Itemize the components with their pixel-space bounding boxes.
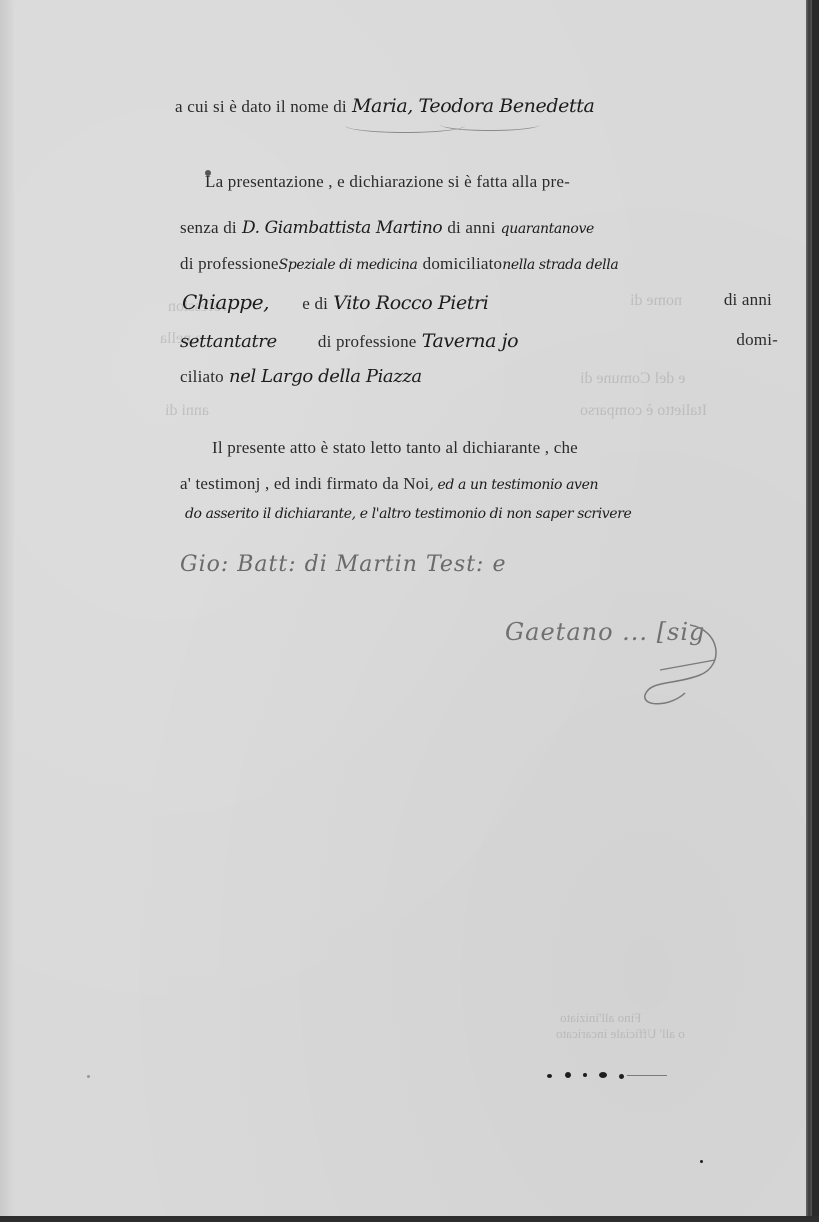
witness1-profession: Speziale di medicina [279, 257, 418, 273]
name-line-printed: a cui si è dato il nome di [175, 97, 347, 116]
reading-note: , ed a un testimonio aven [429, 477, 598, 493]
name-underline-flourish [440, 118, 540, 131]
ink-speck [700, 1160, 703, 1163]
reading-line-3: do asserito il dichiarante, e l'altro te… [185, 504, 631, 522]
document-page: nome di rofession o nella e del Comune d… [0, 0, 809, 1216]
bleed-through-text: Fino all'iniziato [560, 1010, 641, 1026]
child-name-handwritten: Maria, Teodora Benedetta [352, 95, 594, 117]
bleed-through-text: Italietto è comparso [580, 402, 707, 420]
witness2-name: Vito Rocco Pietri [333, 292, 488, 314]
name-line: a cui si è dato il nome di Maria, Teodor… [175, 95, 594, 117]
page-left-edge [0, 0, 14, 1216]
bleed-through-text: o all' Ufficiale incaricato [556, 1026, 685, 1042]
witness1-address-cont: Chiappe, [182, 290, 269, 314]
witness1-address: nella strada della [502, 257, 618, 273]
stamp-residue [545, 1072, 665, 1084]
presentation-line-2: senza di D. Giambattista Martino di anni… [180, 218, 594, 238]
scan-bottom-border [0, 1216, 819, 1222]
ink-speck [87, 1075, 90, 1078]
bleed-through-text: anni di [165, 402, 209, 420]
presentation-line-4: Chiappe, e di Vito Rocco Pietri di anni [182, 290, 772, 314]
presentation-line-1: La presentazione , e dichiarazione si è … [205, 172, 570, 192]
ink-smudge [205, 170, 211, 176]
witness2-age: settantatre [180, 331, 277, 352]
presentation-line-5: settantatre di professione Taverna jo do… [180, 330, 778, 352]
bleed-through-text: e del Comune di [580, 370, 685, 388]
witness2-address: nel Largo della Piazza [229, 366, 422, 387]
reading-line-2: a' testimonj , ed indi firmato da Noi, e… [180, 474, 598, 494]
scan-right-border [806, 0, 812, 1222]
witness1-age: quarantanove [501, 221, 594, 237]
witness-signature: Gio: Batt: di Martin Test: e [180, 552, 506, 577]
reading-line-1: Il presente atto è stato letto tanto al … [212, 438, 578, 458]
presentation-line-3: di professioneSpeziale di medicina domic… [180, 254, 618, 274]
presentation-line-6: ciliato nel Largo della Piazza [180, 366, 422, 387]
witness1-name: D. Giambattista Martino [242, 218, 442, 238]
reading-note-cont: do asserito il dichiarante, e l'altro te… [185, 506, 631, 522]
witness2-profession: Taverna jo [422, 330, 519, 352]
signature-flourish-icon [630, 615, 730, 710]
